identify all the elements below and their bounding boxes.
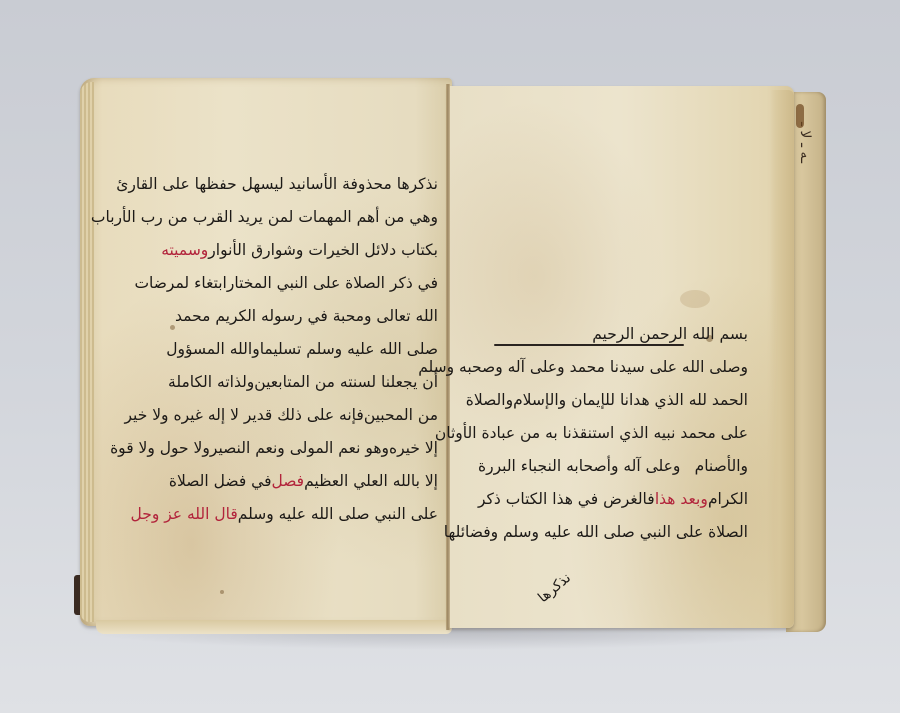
text-segment: في فضل الصلاة (169, 465, 272, 498)
text-line: الصلاة على النبي صلى الله عليه وسلم وفضا… (478, 516, 748, 549)
text-line: صلى الله عليه وسلم تسليما والله المسؤول (178, 333, 438, 366)
text-line: وهي من أهم المهمات لمن يريد القرب من رب … (178, 201, 438, 234)
left-page-edges (80, 82, 94, 622)
ink-stain (796, 104, 804, 128)
text-line: وصلى الله على سيدنا محمد وعلى آله وصحبه … (478, 351, 748, 384)
text-line: على النبي صلى الله عليه وسلم قال الله عز… (178, 498, 438, 531)
right-page-edge (770, 90, 794, 628)
rubric-text: وسميته (161, 234, 208, 267)
text-segment: أن يجعلنا لسنته من المتابعين (254, 366, 438, 399)
text-segment: إلا بالله العلي العظيم (304, 465, 438, 498)
text-segment: وصلى الله على سيدنا محمد وعلى آله وصحبه … (418, 351, 748, 384)
text-segment: فإنه على ذلك قدير لا إله غيره ولا خير (124, 399, 363, 432)
text-segment: صلى الله عليه وسلم تسليما (260, 333, 438, 366)
text-segment: من المحبين (364, 399, 438, 432)
flap-marginal-marks: ـه ـ ﻻ ـ (798, 122, 812, 163)
text-segment: الكرام (708, 483, 748, 516)
text-segment: على محمد نبيه الذي استنقذنا به من عبادة … (435, 417, 748, 450)
stain-spot (220, 590, 224, 594)
text-segment: إلا خيره (389, 432, 438, 465)
text-segment: فالغرض في هذا الكتاب ذكر (478, 483, 655, 516)
text-segment: الله تعالى ومحبة في رسوله الكريم محمد (175, 300, 438, 333)
left-page-bottom-edge (96, 620, 452, 634)
text-segment: والله المسؤول (166, 333, 259, 366)
text-segment: وهي من أهم المهمات لمن يريد القرب من رب … (91, 201, 438, 234)
text-line: بكتاب دلائل الخيرات وشوارق الأنوار وسميت… (178, 234, 438, 267)
bismillah-line: بسم الله الرحمن الرحيم (478, 318, 748, 351)
text-line: من المحبين فإنه على ذلك قدير لا إله غيره… (178, 399, 438, 432)
text-segment: الحمد لله الذي هدانا للإيمان والإسلام (513, 384, 748, 417)
text-segment: ولذاته الكاملة (168, 366, 254, 399)
bismillah: بسم الله الرحمن الرحيم (592, 318, 748, 351)
text-segment: ولا حول ولا قوة (110, 432, 210, 465)
rubric-text: وبعد هذا (655, 483, 708, 516)
right-page-text: بسم الله الرحمن الرحيم وصلى الله على سيد… (478, 318, 748, 549)
text-line: نذكرها محذوفة الأسانيد ليسهل حفظها على ا… (178, 168, 438, 201)
text-segment: نذكرها محذوفة الأسانيد ليسهل حفظها على ا… (116, 168, 438, 201)
rubric-text: فصل (272, 465, 305, 498)
text-line: والأصنام وعلى آله وأصحابه النجباء البررة (478, 450, 748, 483)
text-segment: ابتغاء لمرضات (134, 267, 226, 300)
manuscript-photo: ـه ـ ﻻ ـ نذكرها محذوفة الأسانيد ليسهل حف… (0, 0, 900, 713)
text-segment: على النبي صلى الله عليه وسلم (238, 498, 438, 531)
stain-patch (680, 290, 710, 308)
text-line: إلا بالله العلي العظيم فصل في فضل الصلاة (178, 465, 438, 498)
text-line: على محمد نبيه الذي استنقذنا به من عبادة … (478, 417, 748, 450)
text-line: أن يجعلنا لسنته من المتابعين ولذاته الكا… (178, 366, 438, 399)
text-segment: الصلاة على النبي صلى الله عليه وسلم وفضا… (444, 516, 748, 549)
text-line: الله تعالى ومحبة في رسوله الكريم محمد (178, 300, 438, 333)
bismillah-underline (494, 344, 684, 346)
text-segment: وهو نعم المولى ونعم النصير (210, 432, 389, 465)
text-segment: والأصنام (695, 450, 748, 483)
text-segment: بكتاب دلائل الخيرات وشوارق الأنوار (208, 234, 438, 267)
text-segment: والصلاة (466, 384, 513, 417)
text-segment: في ذكر الصلاة على النبي المختار (227, 267, 438, 300)
text-line: الحمد لله الذي هدانا للإيمان والإسلام وا… (478, 384, 748, 417)
text-line: الكرام وبعد هذا فالغرض في هذا الكتاب ذكر (478, 483, 748, 516)
text-segment: وعلى آله وأصحابه النجباء البررة (478, 450, 680, 483)
rubric-text: قال الله عز وجل (131, 498, 238, 531)
left-page-text: نذكرها محذوفة الأسانيد ليسهل حفظها على ا… (178, 168, 438, 531)
text-line: إلا خيره وهو نعم المولى ونعم النصير ولا … (178, 432, 438, 465)
text-line: في ذكر الصلاة على النبي المختار ابتغاء ل… (178, 267, 438, 300)
